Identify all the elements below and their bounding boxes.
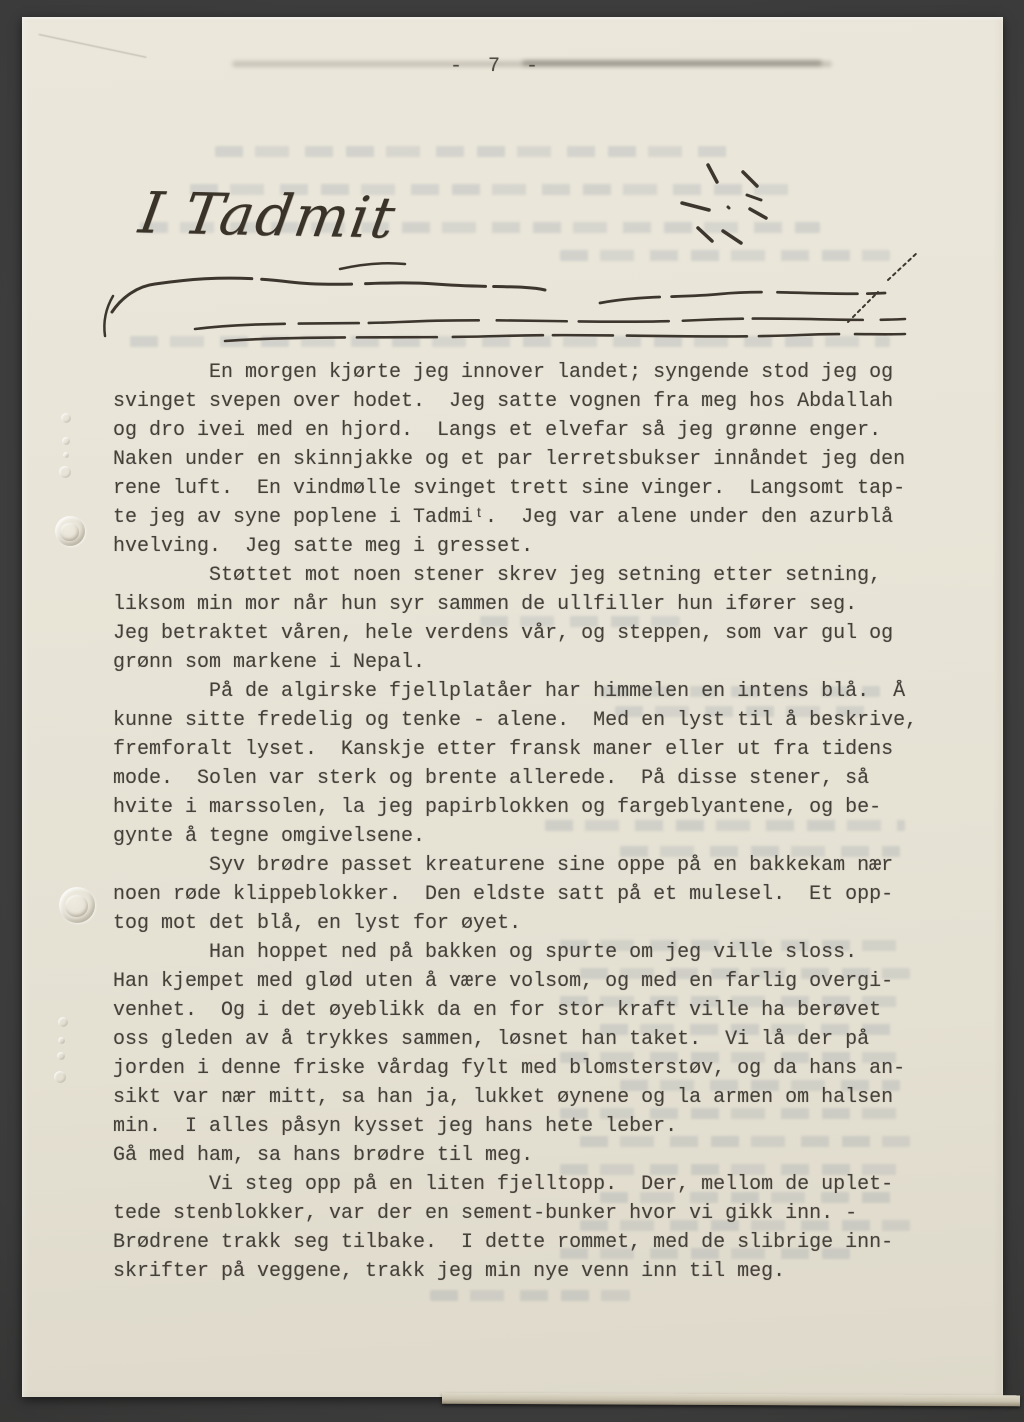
typewritten-line: Jeg betraktet våren, hele verdens vår, o… <box>113 619 915 648</box>
emboss-mark <box>57 1052 65 1060</box>
typewritten-line: Han hoppet ned på bakken og spurte om je… <box>113 938 915 967</box>
typewritten-line: oss gleden av å trykkes sammen, løsnet h… <box>113 1025 915 1054</box>
typewritten-line: skrifter på veggene, trakk jeg min nye v… <box>113 1257 915 1286</box>
typewritten-line: grønn som markene i Nepal. <box>113 648 915 677</box>
typewritten-line: En morgen kjørte jeg innover landet; syn… <box>113 358 915 387</box>
typewritten-line: mode. Solen var sterk og brente allerede… <box>113 764 915 793</box>
typewritten-line: hvite i marssolen, la jeg papirblokken o… <box>113 793 915 822</box>
typewritten-line: svinget svepen over hodet. Jeg satte vog… <box>113 387 915 416</box>
typewritten-line: På de algirske fjellplatåer har himmelen… <box>113 677 915 706</box>
emboss-mark <box>58 1017 68 1027</box>
emboss-mark <box>62 437 70 445</box>
typewritten-line: Syv brødre passet kreaturene sine oppe p… <box>113 851 915 880</box>
emboss-mark <box>58 1037 65 1044</box>
typewritten-line: sikt var nær mitt, sa han ja, lukket øyn… <box>113 1083 915 1112</box>
punch-hole <box>55 516 85 546</box>
typewritten-line: te jeg av syne poplene i Tadmiᵗ. Jeg var… <box>113 503 915 532</box>
typewritten-line: tog mot det blå, en lyst for øyet. <box>113 909 915 938</box>
scanned-document-photo: - 7 - <box>0 0 1024 1422</box>
typewritten-line: Støttet mot noen stener skrev jeg setnin… <box>113 561 915 590</box>
typewritten-line: Vi steg opp på en liten fjelltopp. Der, … <box>113 1170 915 1199</box>
page-number: - 7 - <box>450 55 545 78</box>
typewritten-line: Han kjempet med glød uten å være volsom,… <box>113 967 915 996</box>
sun-doodle-icon <box>682 165 766 243</box>
typewritten-line: noen røde klippeblokker. Den eldste satt… <box>113 880 915 909</box>
emboss-mark <box>61 413 71 423</box>
typewritten-line: rene luft. En vindmølle svinget trett si… <box>113 474 915 503</box>
typewritten-line: gynte å tegne omgivelsene. <box>113 822 915 851</box>
bleedthrough-row <box>430 1290 630 1301</box>
typewritten-line: Gå med ham, sa hans brødre til meg. <box>113 1141 915 1170</box>
emboss-mark <box>59 466 71 478</box>
emboss-mark <box>54 1071 66 1083</box>
punch-hole <box>59 887 95 923</box>
emboss-mark <box>63 452 69 458</box>
typewritten-line: hvelving. Jeg satte meg i gresset. <box>113 532 915 561</box>
typewritten-body: En morgen kjørte jeg innover landet; syn… <box>113 358 915 1286</box>
typewritten-line: Naken under en skinnjakke og et par lerr… <box>113 445 915 474</box>
typewritten-line: kunne sitte fredelig og tenke - alene. M… <box>113 706 915 735</box>
typewritten-line: Brødrene trakk seg tilbake. I dette romm… <box>113 1228 915 1257</box>
typewritten-line: tede stenblokker, var der en sement-bunk… <box>113 1199 915 1228</box>
typewritten-line: min. I alles påsyn kysset jeg hans hete … <box>113 1112 915 1141</box>
paper-sheet: - 7 - <box>22 17 1003 1397</box>
typewritten-line: venhet. Og i det øyeblikk da en for stor… <box>113 996 915 1025</box>
typewritten-line: jorden i denne friske vårdag fylt med bl… <box>113 1054 915 1083</box>
typewritten-line: liksom min mor når hun syr sammen de ull… <box>113 590 915 619</box>
typewritten-line: fremforalt lyset. Kanskje etter fransk m… <box>113 735 915 764</box>
typewritten-line: og dro ivei med en hjord. Langs et elvef… <box>113 416 915 445</box>
handwritten-title: I Tadmit <box>135 180 401 251</box>
